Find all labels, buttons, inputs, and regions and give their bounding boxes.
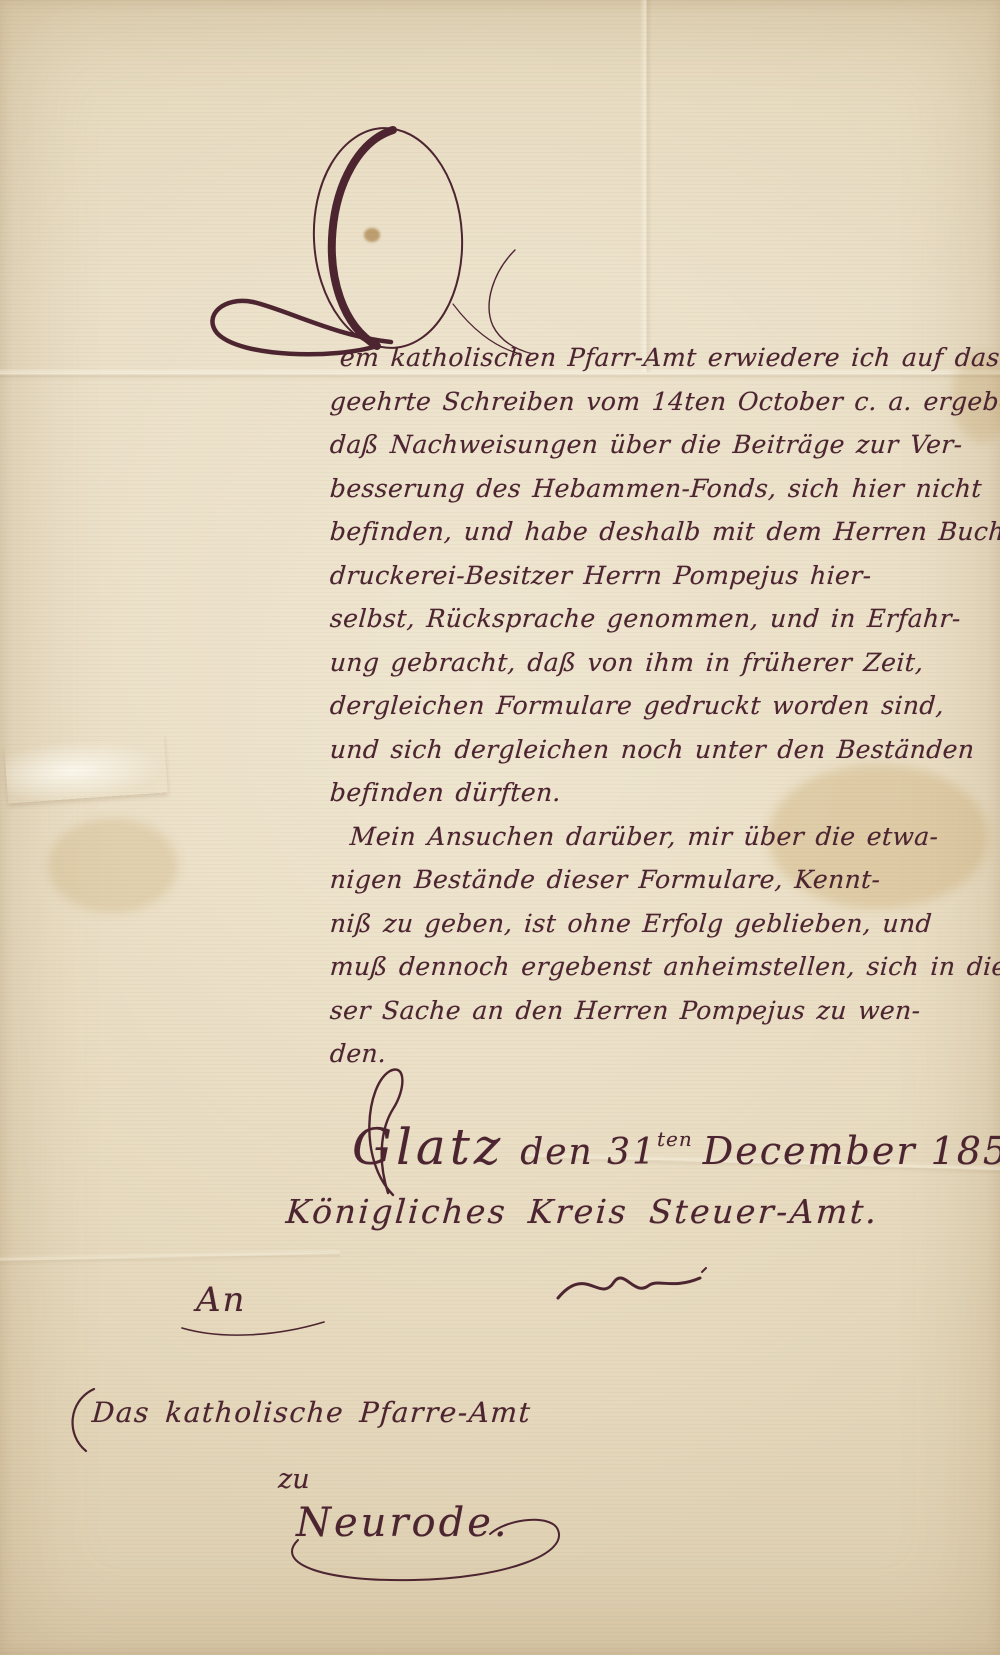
letter-line: druckerei-Besitzer Herrn Pompejus hier- bbox=[328, 554, 971, 598]
address-recipient: Das katholische Pfarre-Amt bbox=[91, 1396, 533, 1429]
date-suffix: December 1858. bbox=[703, 1129, 1000, 1173]
initial-letter-flourish bbox=[195, 100, 535, 362]
letter-line: besserung des Hebammen-Fonds, sich hier … bbox=[328, 467, 971, 511]
letter-line: geehrte Schreiben vom 14ten October c. a… bbox=[328, 380, 971, 424]
letter-line: und sich dergleichen noch unter den Best… bbox=[328, 728, 971, 772]
paper-damage bbox=[4, 734, 168, 803]
date-line: Glatzden 31tenDecember 1858. bbox=[352, 1118, 1000, 1176]
paper-stain bbox=[48, 818, 178, 913]
letter-line: befinden dürften. bbox=[328, 771, 971, 815]
signature-paraph bbox=[552, 1256, 712, 1312]
letter-line: ung gebracht, daß von ihm in früherer Ze… bbox=[328, 641, 971, 685]
letter-line: den. bbox=[328, 1032, 971, 1076]
date-ordinal: ten bbox=[657, 1127, 693, 1151]
letter-line: Mein Ansuchen darüber, mir über die etwa… bbox=[328, 815, 971, 859]
letter-line: ser Sache an den Herren Pompejus zu wen- bbox=[328, 989, 971, 1033]
calligraphic-flourish bbox=[348, 1063, 418, 1203]
address-preposition: zu bbox=[278, 1464, 310, 1495]
letter-page: em katholischen Pfarr-Amt erwiedere ich … bbox=[0, 0, 1000, 1655]
letter-line: niß zu geben, ist ohne Erfolg geblieben,… bbox=[328, 902, 971, 946]
letter-line: em katholischen Pfarr-Amt erwiedere ich … bbox=[328, 336, 971, 380]
office-line: Königliches Kreis Steuer-Amt. bbox=[285, 1192, 881, 1231]
calligraphic-flourish bbox=[262, 1492, 592, 1588]
date-prefix: den 31 bbox=[520, 1132, 657, 1173]
letter-body: em katholischen Pfarr-Amt erwiedere ich … bbox=[330, 336, 970, 1076]
letter-line: muß dennoch ergebenst anheimstellen, sic… bbox=[328, 945, 971, 989]
calligraphic-flourish bbox=[178, 1318, 328, 1340]
fold-crease bbox=[640, 0, 652, 372]
letter-line: daß Nachweisungen über die Beiträge zur … bbox=[328, 423, 971, 467]
fold-crease bbox=[0, 1248, 340, 1265]
address-salutation: An bbox=[196, 1280, 246, 1320]
letter-line: dergleichen Formulare gedruckt worden si… bbox=[328, 684, 971, 728]
letter-line: nigen Bestände dieser Formulare, Kennt- bbox=[328, 858, 971, 902]
letter-line: selbst, Rücksprache genommen, und in Erf… bbox=[328, 597, 971, 641]
letter-line: befinden, und habe deshalb mit dem Herre… bbox=[328, 510, 971, 554]
